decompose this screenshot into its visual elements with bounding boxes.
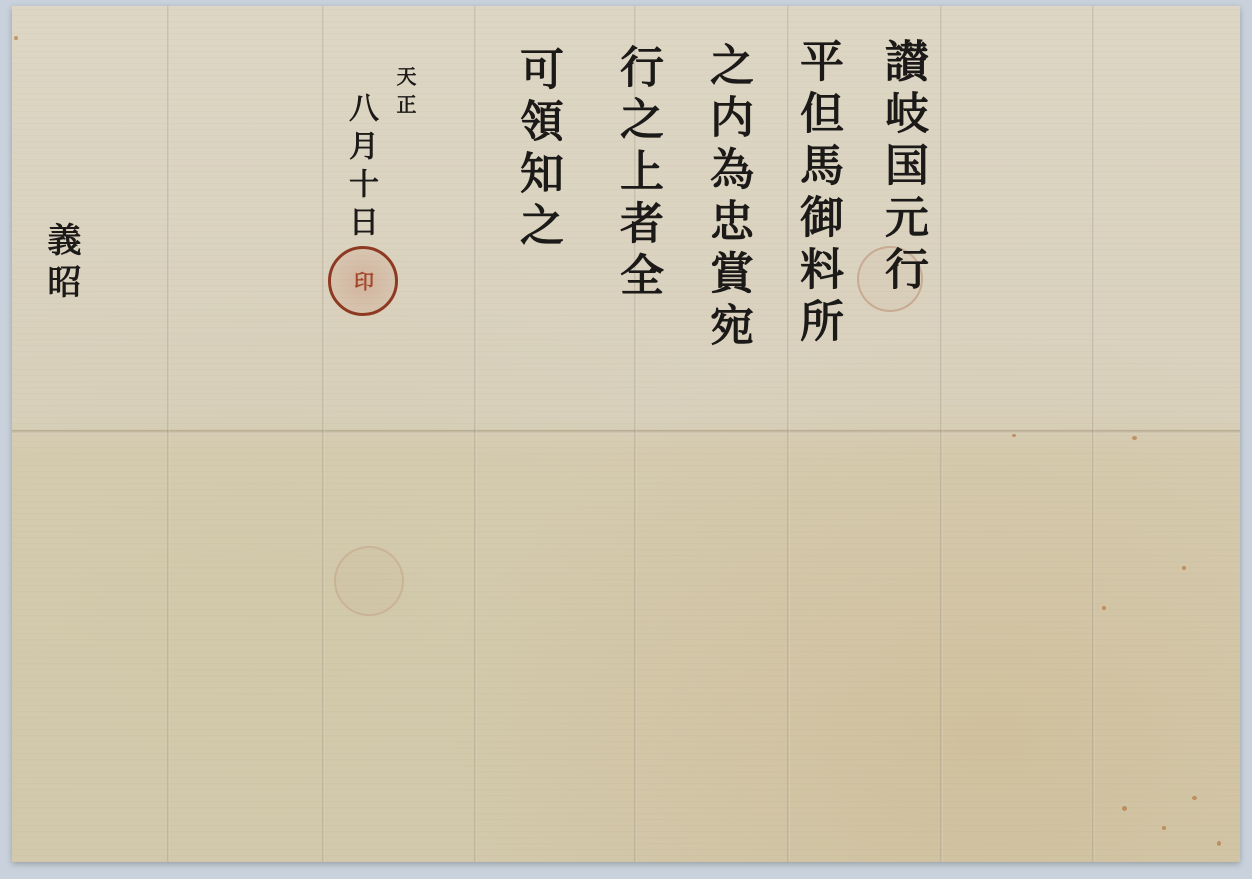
- text-column-2: 平但馬御料所: [795, 38, 839, 350]
- date-text: 八月十日: [345, 92, 375, 244]
- era-text: 天正: [395, 66, 415, 122]
- vertical-fold-line: [167, 6, 170, 862]
- text-column-5: 可領知之: [515, 46, 559, 254]
- horizontal-fold-line: [12, 430, 1240, 434]
- seal-text: 印: [349, 271, 378, 291]
- text-column-3: 之内為忠賞宛: [705, 42, 749, 354]
- text-column-1: 讃岐国元行: [880, 38, 924, 298]
- signature: 義昭: [44, 222, 78, 306]
- vertical-fold-line: [474, 6, 477, 862]
- vertical-fold-line: [1092, 6, 1095, 862]
- faded-seal-mark: [334, 546, 404, 616]
- vertical-fold-line: [322, 6, 325, 862]
- vertical-fold-line: [940, 6, 943, 862]
- red-seal: 印: [328, 246, 398, 316]
- vertical-fold-line: [787, 6, 790, 862]
- text-column-4: 行之上者全: [615, 44, 659, 304]
